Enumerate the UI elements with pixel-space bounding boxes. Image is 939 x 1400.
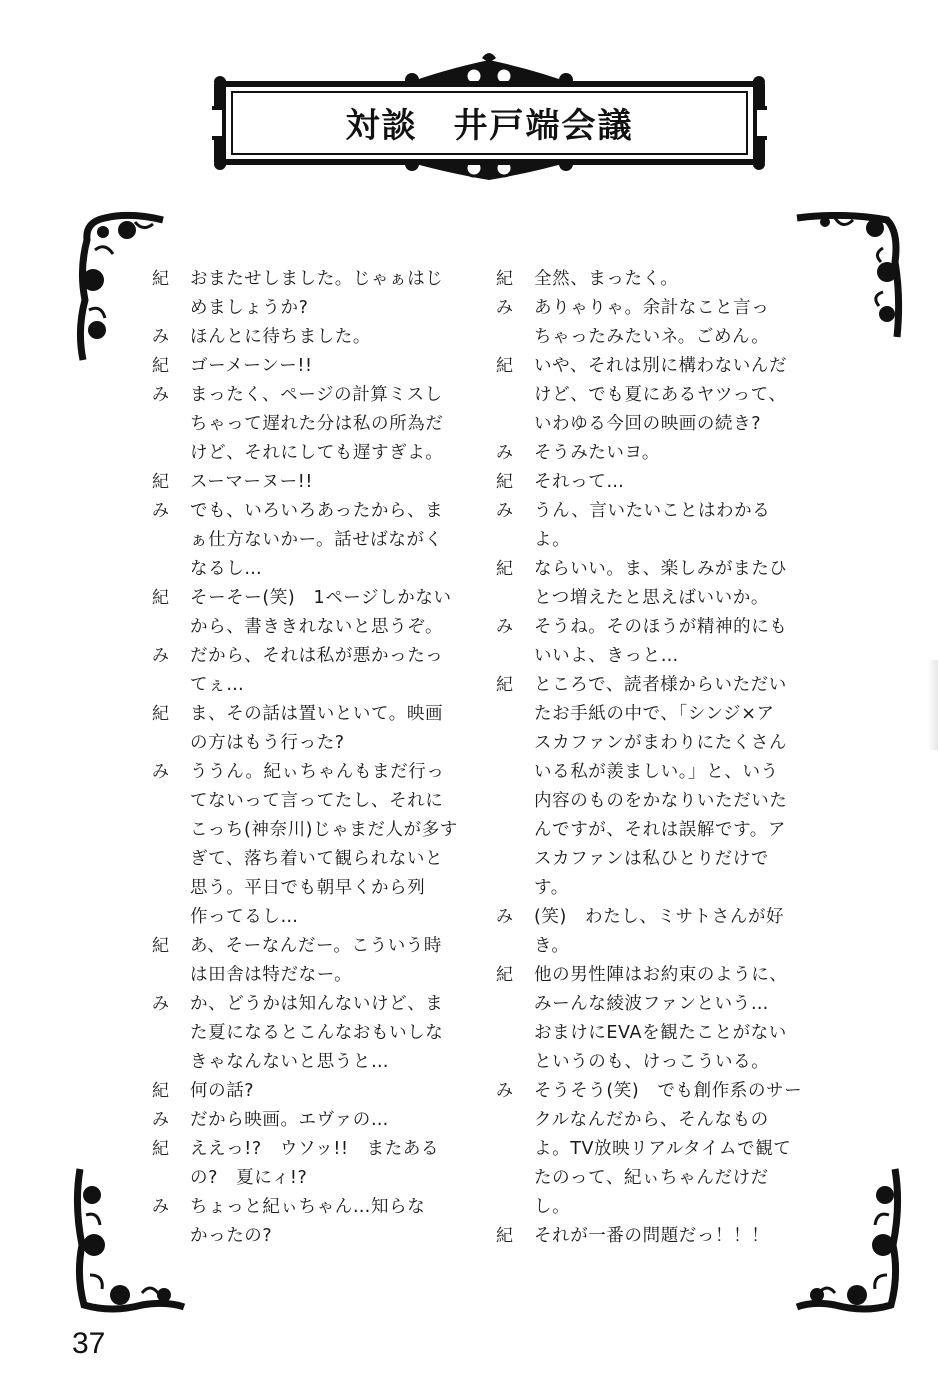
speaker-label: み: [496, 903, 534, 961]
page-title: 対談 井戸端会議: [222, 98, 757, 147]
speaker-label: み: [496, 439, 534, 468]
dialogue-entry: 紀ええっ!? ウソッ!! またあるの? 夏にィ!?: [152, 1135, 482, 1193]
speaker-label: み: [496, 294, 534, 352]
speaker-label: 紀: [496, 555, 534, 613]
dialogue-line: きゃなんないと思うと…: [190, 1048, 482, 1077]
speaker-label: 紀: [152, 1077, 190, 1106]
dialogue-line: けど、でも夏にあるヤツって、: [534, 381, 826, 410]
dialogue-entry: みそうみたいヨ。: [496, 439, 826, 468]
dialogue-line: す。: [534, 874, 826, 903]
dialogue-line: とつ増えたと思えばいいか。: [534, 584, 826, 613]
dialogue-line: てぇ…: [190, 671, 482, 700]
dialogue-line: クルなんだから、そんなもの: [534, 1106, 826, 1135]
dialogue-entry: 紀おまたせしました。じゃぁはじめましょうか?: [152, 265, 482, 323]
dialogue-line: めましょうか?: [190, 294, 482, 323]
speaker-label: み: [152, 323, 190, 352]
dialogue-line: 思う。平日でも朝早くから列: [190, 874, 482, 903]
speaker-label: 紀: [496, 961, 534, 1077]
dialogue-line: いる私が羨ましい。」と、いう: [534, 758, 826, 787]
dialogue-line: だから映画。エヴァの…: [190, 1106, 482, 1135]
dialogue-line: 何の話?: [190, 1077, 482, 1106]
dialogue-line: (笑) わたし、ミサトさんが好: [534, 903, 826, 932]
dialogue-line: てないって言ってたし、それに: [190, 787, 482, 816]
speaker-label: 紀: [496, 468, 534, 497]
dialogue-line: たお手紙の中で、「シンジ×ア: [534, 700, 826, 729]
dialogue-line: ありゃりゃ。余計なこと言っ: [534, 294, 826, 323]
speaker-label: み: [152, 642, 190, 700]
dialogue-line: ところで、読者様からいただい: [534, 671, 826, 700]
dialogue-line: ちゃって遅れた分は私の所為だ: [190, 410, 482, 439]
dialogue-line: よ。TV放映リアルタイムで観て: [534, 1135, 826, 1164]
speaker-label: 紀: [152, 352, 190, 381]
speaker-label: 紀: [496, 1222, 534, 1251]
dialogue-entry: 紀他の男性陣はお約束のように、みーんな綾波ファンという…おまけにEVAを観たこと…: [496, 961, 826, 1077]
speaker-label: み: [496, 1077, 534, 1222]
dialogue-line: おまけにEVAを観たことがない: [534, 1019, 826, 1048]
speaker-label: み: [152, 1193, 190, 1251]
dialogue-line: ならいい。ま、楽しみがまたひ: [534, 555, 826, 584]
dialogue-entry: 紀全然、まったく。: [496, 265, 826, 294]
dialogue-line: ほんとに待ちました。: [190, 323, 482, 352]
dialogue-entry: みでも、いろいろあったから、まぁ仕方ないかー。話せばながくなるし…: [152, 497, 482, 584]
dialogue-line: スカファンは私ひとりだけで: [534, 845, 826, 874]
dialogue-entry: みうん、言いたいことはわかるよ。: [496, 497, 826, 555]
dialogue-line: し。: [534, 1193, 826, 1222]
dialogue-line: というのも、けっこういる。: [534, 1048, 826, 1077]
dialogue-line: よ。: [534, 526, 826, 555]
speaker-label: み: [152, 497, 190, 584]
dialogue-line: いわゆる今回の映画の続き?: [534, 410, 826, 439]
dialogue-entry: みううん。紀ぃちゃんもまだ行ってないって言ってたし、それにこっち(神奈川)じゃま…: [152, 758, 482, 932]
dialogue-line: いや、それは別に構わないんだ: [534, 352, 826, 381]
dialogue-entry: 紀ならいい。ま、楽しみがまたひとつ増えたと思えばいいか。: [496, 555, 826, 613]
dialogue-line: か、どうかは知んないけど、ま: [190, 990, 482, 1019]
dialogue-entry: みだから、それは私が悪かったってぇ…: [152, 642, 482, 700]
dialogue-line: 他の男性陣はお約束のように、: [534, 961, 826, 990]
dialogue-entry: 紀それって…: [496, 468, 826, 497]
dialogue-entry: みありゃりゃ。余計なこと言っちゃったみたいネ。ごめん。: [496, 294, 826, 352]
dialogue-line: ううん。紀ぃちゃんもまだ行っ: [190, 758, 482, 787]
dialogue-entry: みか、どうかは知んないけど、また夏になるとこんなおもいしなきゃなんないと思うと…: [152, 990, 482, 1077]
dialogue-entry: みほんとに待ちました。: [152, 323, 482, 352]
dialogue-line: ぁ仕方ないかー。話せばながく: [190, 526, 482, 555]
dialogue-entry: 紀ま、その話は置いといて。映画の方はもう行った?: [152, 700, 482, 758]
dialogue-entry: みだから映画。エヴァの…: [152, 1106, 482, 1135]
dialogue-line: うん、言いたいことはわかる: [534, 497, 826, 526]
dialogue-line: それって…: [534, 468, 826, 497]
dialogue-entry: 紀それが一番の問題だっ！！！: [496, 1222, 826, 1251]
dialogue-entry: みそうね。そのほうが精神的にもいいよ、きっと…: [496, 613, 826, 671]
dialogue-line: 作ってるし…: [190, 903, 482, 932]
dialogue-line: かったの?: [190, 1222, 482, 1251]
speaker-label: 紀: [496, 671, 534, 903]
dialogue-entry: みそうそう(笑) でも創作系のサークルなんだから、そんなものよ。TV放映リアルタ…: [496, 1077, 826, 1222]
page-number: 37: [72, 1327, 105, 1361]
dialogue-line: んですが、それは誤解です。ア: [534, 816, 826, 845]
dialogue-line: スカファンがまわりにたくさん: [534, 729, 826, 758]
dialogue-entry: 紀何の話?: [152, 1077, 482, 1106]
dialogue-line: ちょっと紀ぃちゃん…知らな: [190, 1193, 482, 1222]
dialogue-entry: 紀あ、そーなんだー。こういう時は田舎は特だなー。: [152, 932, 482, 990]
speaker-label: み: [152, 381, 190, 468]
speaker-label: 紀: [496, 352, 534, 439]
dialogue-line: た夏になるとこんなおもいしな: [190, 1019, 482, 1048]
dialogue-entry: 紀そーそー(笑) 1ページしかないから、書ききれないと思うぞ。: [152, 584, 482, 642]
dialogue-line: の? 夏にィ!?: [190, 1164, 482, 1193]
dialogue-line: き。: [534, 932, 826, 961]
speaker-label: み: [152, 990, 190, 1077]
dialogue-line: ま、その話は置いといて。映画: [190, 700, 482, 729]
dialogue-line: いいよ、きっと…: [534, 642, 826, 671]
title-banner: 対談 井戸端会議: [222, 72, 757, 157]
dialogue-entry: 紀ゴーメーンー!!: [152, 352, 482, 381]
dialogue-line: から、書ききれないと思うぞ。: [190, 613, 482, 642]
speaker-label: 紀: [152, 700, 190, 758]
dialogue-line: みーんな綾波ファンという…: [534, 990, 826, 1019]
dialogue-line: ええっ!? ウソッ!! またある: [190, 1135, 482, 1164]
speaker-label: み: [152, 1106, 190, 1135]
speaker-label: み: [496, 613, 534, 671]
speaker-label: 紀: [152, 1135, 190, 1193]
speaker-label: 紀: [152, 932, 190, 990]
dialogue-line: あ、そーなんだー。こういう時: [190, 932, 482, 961]
speaker-label: 紀: [152, 265, 190, 323]
dialogue-line: ゴーメーンー!!: [190, 352, 482, 381]
dialogue-line: まったく、ページの計算ミスし: [190, 381, 482, 410]
dialogue-line: ぎて、落ち着いて観られないと: [190, 845, 482, 874]
dialogue-entry: 紀ところで、読者様からいただいたお手紙の中で、「シンジ×アスカファンがまわりにた…: [496, 671, 826, 903]
dialogue-line: そーそー(笑) 1ページしかない: [190, 584, 482, 613]
dialogue-line: けど、それにしても遅すぎよ。: [190, 439, 482, 468]
speaker-label: み: [496, 497, 534, 555]
dialogue-line: は田舎は特だなー。: [190, 961, 482, 990]
dialogue-column-left: 紀おまたせしました。じゃぁはじめましょうか? みほんとに待ちました。 紀ゴーメー…: [152, 265, 482, 1251]
dialogue-line: おまたせしました。じゃぁはじ: [190, 265, 482, 294]
dialogue-line: だから、それは私が悪かったっ: [190, 642, 482, 671]
dialogue-line: でも、いろいろあったから、ま: [190, 497, 482, 526]
dialogue-column-right: 紀全然、まったく。 みありゃりゃ。余計なこと言っちゃったみたいネ。ごめん。 紀い…: [496, 265, 826, 1251]
dialogue-line: スーマーヌー!!: [190, 468, 482, 497]
dialogue-entry: み(笑) わたし、ミサトさんが好き。: [496, 903, 826, 961]
dialogue-line: 全然、まったく。: [534, 265, 826, 294]
dialogue-line: こっち(神奈川)じゃまだ人が多す: [190, 816, 482, 845]
dialogue-line: そうみたいヨ。: [534, 439, 826, 468]
speaker-label: 紀: [152, 584, 190, 642]
dialogue-line: なるし…: [190, 555, 482, 584]
dialogue-line: ちゃったみたいネ。ごめん。: [534, 323, 826, 352]
dialogue-line: そうね。そのほうが精神的にも: [534, 613, 826, 642]
dialogue-entry: みちょっと紀ぃちゃん…知らなかったの?: [152, 1193, 482, 1251]
dialogue-entry: 紀スーマーヌー!!: [152, 468, 482, 497]
dialogue-line: そうそう(笑) でも創作系のサー: [534, 1077, 826, 1106]
dialogue-line: の方はもう行った?: [190, 729, 482, 758]
dialogue-entry: みまったく、ページの計算ミスしちゃって遅れた分は私の所為だけど、それにしても遅す…: [152, 381, 482, 468]
dialogue-line: 内容のものをかなりいただいた: [534, 787, 826, 816]
dialogue-line: たのって、紀ぃちゃんだけだ: [534, 1164, 826, 1193]
speaker-label: み: [152, 758, 190, 932]
speaker-label: 紀: [152, 468, 190, 497]
page-edge-shadow: [928, 660, 938, 750]
dialogue-line: それが一番の問題だっ！！！: [534, 1222, 826, 1251]
speaker-label: 紀: [496, 265, 534, 294]
dialogue-entry: 紀いや、それは別に構わないんだけど、でも夏にあるヤツって、いわゆる今回の映画の続…: [496, 352, 826, 439]
